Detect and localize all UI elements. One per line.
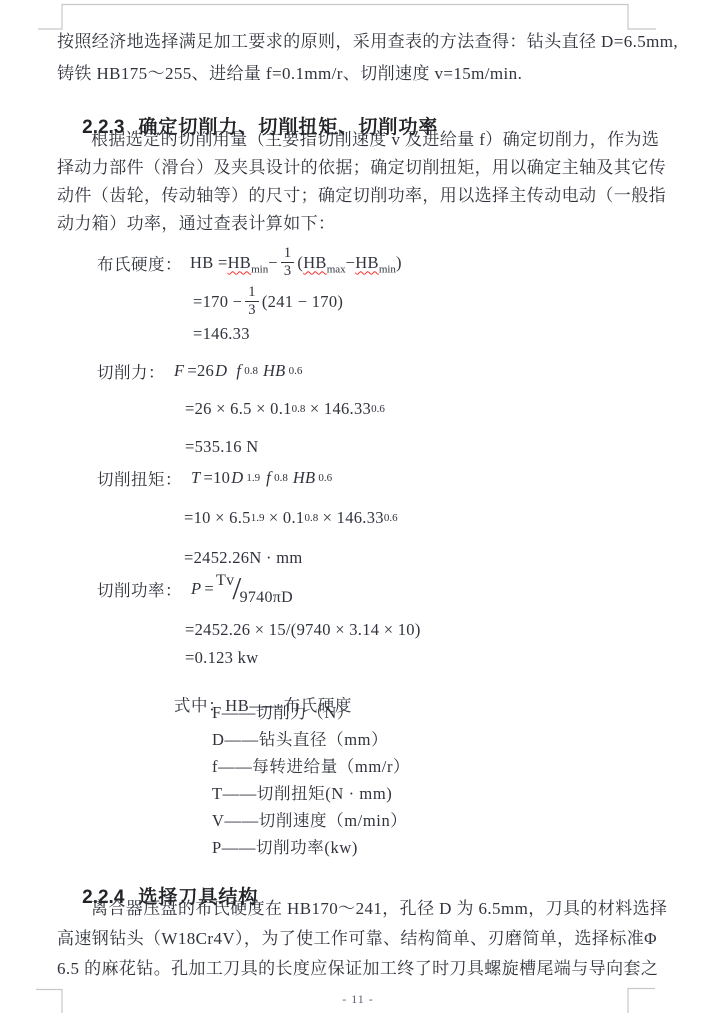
- var-f: f: [236, 361, 241, 381]
- spellcheck-token: HBmax: [303, 253, 345, 273]
- minus-sign: −: [268, 253, 278, 273]
- top-boundary-mark: [38, 5, 656, 30]
- legend-item: V——切削速度（m/min）: [212, 807, 407, 831]
- intro-paragraph-line: 铸铁 HB175～255、进给量 f=0.1mm/r、切削速度 v=15m/mi…: [57, 62, 522, 86]
- var-D: D: [231, 468, 243, 488]
- legend-item: f——每转进给量（mm/r）: [212, 753, 410, 777]
- basis-paragraph-line: 根据选定的切削用量（主要指切削速度 v 及进给量 f）确定切削力，作为选: [91, 128, 659, 152]
- formula-label: 切削扭矩：: [97, 466, 182, 490]
- formula-force-result: =535.16 N: [185, 437, 258, 457]
- formula-cutting-torque: 切削扭矩： T=10D1.9f0.8HB0.6: [97, 466, 332, 490]
- tool-paragraph-line: 离合器压盘的布氏硬度在 HB170～241，孔径 D 为 6.5mm，刀具的材料…: [91, 897, 667, 921]
- page-number: - 11 -: [0, 992, 716, 1007]
- var-P: P: [191, 579, 201, 599]
- legend-item: D——钻头直径（mm）: [212, 726, 388, 750]
- formula-torque-result: =2452.26N · mm: [184, 548, 302, 568]
- minus-sign: −: [346, 253, 356, 273]
- formula-brinell-hardness: 布氏硬度： HB =HBmin−13(HBmax−HBmin): [97, 246, 402, 279]
- var-T: T: [191, 468, 200, 488]
- tool-paragraph-line: 6.5 的麻花钻。孔加工刀具的长度应保证加工终了时刀具螺旋槽尾端与导向套之: [57, 957, 658, 981]
- intro-paragraph-line: 按照经济地选择满足加工要求的原则，采用查表的方法查得：钻头直径 D=6.5mm,: [57, 30, 678, 54]
- formula-brinell-result: =146.33: [193, 324, 250, 344]
- diagonal-fraction: Tv/9740πD: [216, 579, 293, 598]
- fraction-one-third: 13: [245, 285, 259, 318]
- legend-item: P——切削功率(kw): [212, 834, 358, 858]
- tool-paragraph-line: 高速钢钻头（W18Cr4V），为了使工作可靠、结构简单、刃磨简单，选择标准Φ: [57, 927, 657, 951]
- spellcheck-token: HBmin: [355, 253, 396, 273]
- formula-label: 布氏硬度：: [97, 251, 182, 275]
- formula-cutting-force: 切削力： F=26Df0.8HB0.6: [97, 359, 302, 383]
- legend-item: T——切削扭矩(N · mm): [212, 780, 392, 804]
- var-D: D: [215, 361, 227, 381]
- formula-expression: HB =HBmin−13(HBmax−HBmin): [190, 246, 402, 279]
- basis-paragraph-line: 动件（齿轮，传动轴等）的尺寸；确定切削功率，用以选择主传动电动（一般指: [57, 184, 666, 208]
- formula-power-result: =0.123 kw: [185, 648, 258, 668]
- var-HB: HB: [293, 468, 316, 488]
- var-HB: HB: [263, 361, 286, 381]
- formula-cutting-power: 切削功率： P=Tv/9740πD: [97, 577, 293, 601]
- formula-lhs: HB =: [190, 253, 228, 273]
- basis-paragraph-line: 动力箱）功率，通过查表计算如下：: [57, 212, 335, 236]
- formula-force-step: =26 × 6.5 × 0.10.8 × 146.330.6: [185, 399, 385, 419]
- var-F: F: [174, 361, 184, 381]
- formula-label: 切削功率：: [97, 577, 182, 601]
- formula-torque-step: =10 × 6.51.9 × 0.10.8 × 146.330.6: [184, 508, 398, 528]
- formula-power-step: =2452.26 × 15/(9740 × 3.14 × 10): [185, 620, 421, 640]
- var-f: f: [266, 468, 271, 488]
- formula-brinell-step: =170 −13(241 − 170): [193, 285, 343, 318]
- spellcheck-token: HBmin: [228, 253, 269, 273]
- legend-item: F——切削力（N）: [212, 699, 354, 723]
- basis-paragraph-line: 择动力部件（滑台）及夹具设计的依据；确定切削扭矩，用以确定主轴及其它传: [57, 156, 666, 180]
- formula-label: 切削力：: [97, 359, 165, 383]
- document-page: 按照经济地选择满足加工要求的原则，采用查表的方法查得：钻头直径 D=6.5mm,…: [0, 0, 716, 1024]
- fraction-one-third: 13: [281, 246, 295, 279]
